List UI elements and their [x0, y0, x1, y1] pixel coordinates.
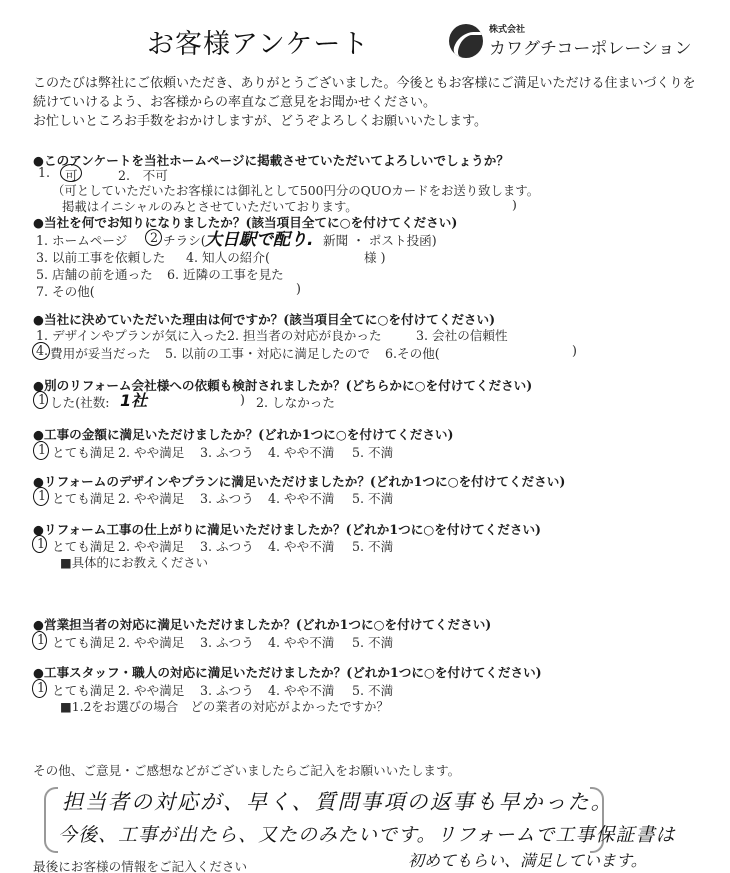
q4-selected-circle [33, 391, 48, 409]
q4-option-1-close: ) [240, 392, 245, 407]
q7-selected-circle [32, 535, 47, 553]
q6-option-2[interactable]: 2. やや満足 [118, 488, 184, 507]
q6-option-1[interactable]: とても満足 [52, 488, 115, 507]
free-comment-prompt: その他、ご意見・ご感想などがございましたらご記入をお願いいたします。 [33, 760, 460, 779]
q2-option-6[interactable]: 6. 近隣の工事を見た [167, 264, 284, 283]
q2-option-4-end: 様 ) [364, 247, 386, 266]
q3-option-3[interactable]: 3. 会社の信頼性 [416, 325, 508, 344]
q3-option-2[interactable]: 2. 担当者の対応が良かった [227, 325, 382, 344]
q4-handwritten-count: 1社 [120, 388, 147, 411]
q8-option-1[interactable]: とても満足 [52, 632, 115, 651]
q1-question: ●このアンケートを当社ホームページに掲載させていただいてよろしいでしょうか？ [33, 150, 509, 169]
q8-option-5[interactable]: 5. 不満 [352, 632, 393, 651]
comment-box-left-bracket [44, 787, 58, 853]
q7-option-5[interactable]: 5. 不満 [352, 536, 393, 555]
q1-option-1-number: 1. [38, 165, 50, 180]
q5-option-5[interactable]: 5. 不満 [352, 442, 393, 461]
q6-option-4[interactable]: 4. やや不満 [268, 488, 334, 507]
intro-line-1: このたびは弊社にご依頼いただき、ありがとうございました。今後ともお客様にご満足い… [33, 72, 695, 91]
q5-option-2[interactable]: 2. やや満足 [118, 442, 184, 461]
q5-selected-circle [33, 441, 49, 460]
company-logo-icon [449, 24, 483, 58]
q7-option-3[interactable]: 3. ふつう [200, 536, 254, 555]
comment-handwritten-line-1: 担当者の対応が、早く、質問事項の返事も早かった。 [62, 786, 614, 816]
q3-option-5[interactable]: 5. 以前の工事・対応に満足したので [165, 343, 370, 362]
company-logo: 株式会社 カワグチコーポレーション [447, 22, 687, 62]
comment-handwritten-line-3: 初めてもらい、満足しています。 [408, 848, 647, 871]
q7-sub-prompt: ■具体的にお教えください [60, 553, 208, 571]
q8-question: ●営業担当者の対応に満足いただけましたか？(どれか1つに○を付けてください) [33, 614, 491, 633]
q3-selected-circle [32, 342, 50, 360]
q5-question: ●工事の金額に満足いただけましたか？(どれか1つに○を付けてください) [33, 424, 453, 443]
q8-option-4[interactable]: 4. やや不満 [268, 632, 334, 651]
q4-option-2[interactable]: 2. しなかった [256, 392, 335, 411]
q3-option-1[interactable]: 1. デザインやプランが気に入った [36, 325, 227, 344]
q1-selected-circle [60, 164, 82, 182]
q6-option-3[interactable]: 3. ふつう [200, 488, 254, 507]
q9-selected-circle [32, 679, 47, 698]
intro-line-2: 続けていけるよう、お客様からの率直なご意見をお聞かせください。 [33, 91, 436, 110]
q3-option-6-close: ) [572, 343, 577, 358]
q5-option-4[interactable]: 4. やや不満 [268, 442, 334, 461]
customer-info-prompt: 最後にお客様の情報をご記入ください [33, 856, 247, 873]
q1-note-close: ) [512, 197, 517, 212]
q7-option-4[interactable]: 4. やや不満 [268, 536, 334, 555]
q6-option-5[interactable]: 5. 不満 [352, 488, 393, 507]
q9-question: ●工事スタッフ・職人の対応に満足いただけましたか？(どれか1つに○を付けてくださ… [33, 662, 542, 681]
q2-option-7-close: ) [296, 281, 301, 296]
q2-option-7[interactable]: 7. その他( [36, 281, 95, 300]
comment-handwritten-line-2: 今後、工事が出たら、又たのみたいです。リフォームで工事保証書は [58, 820, 676, 847]
q3-option-4[interactable]: 費用が妥当だった [50, 343, 151, 362]
q4-option-1[interactable]: した(社数: [50, 392, 110, 411]
page-title: お客様アンケート [147, 22, 369, 61]
q2-selected-circle [145, 229, 162, 246]
company-name: カワグチコーポレーション [489, 34, 692, 59]
q6-selected-circle [33, 487, 49, 506]
q5-option-1[interactable]: とても満足 [52, 442, 115, 461]
q8-option-3[interactable]: 3. ふつう [200, 632, 254, 651]
q8-selected-circle [32, 631, 47, 650]
q3-option-6[interactable]: 6.その他( [385, 343, 440, 362]
intro-line-3: お忙しいところお手数をおかけしますが、どうぞよろしくお願いいたします。 [33, 110, 487, 129]
q9-sub-prompt: ■1.2をお選びの場合 どの業者の対応がよかったですか？ [60, 697, 389, 715]
q5-option-3[interactable]: 3. ふつう [200, 442, 254, 461]
q8-option-2[interactable]: 2. やや満足 [118, 632, 184, 651]
